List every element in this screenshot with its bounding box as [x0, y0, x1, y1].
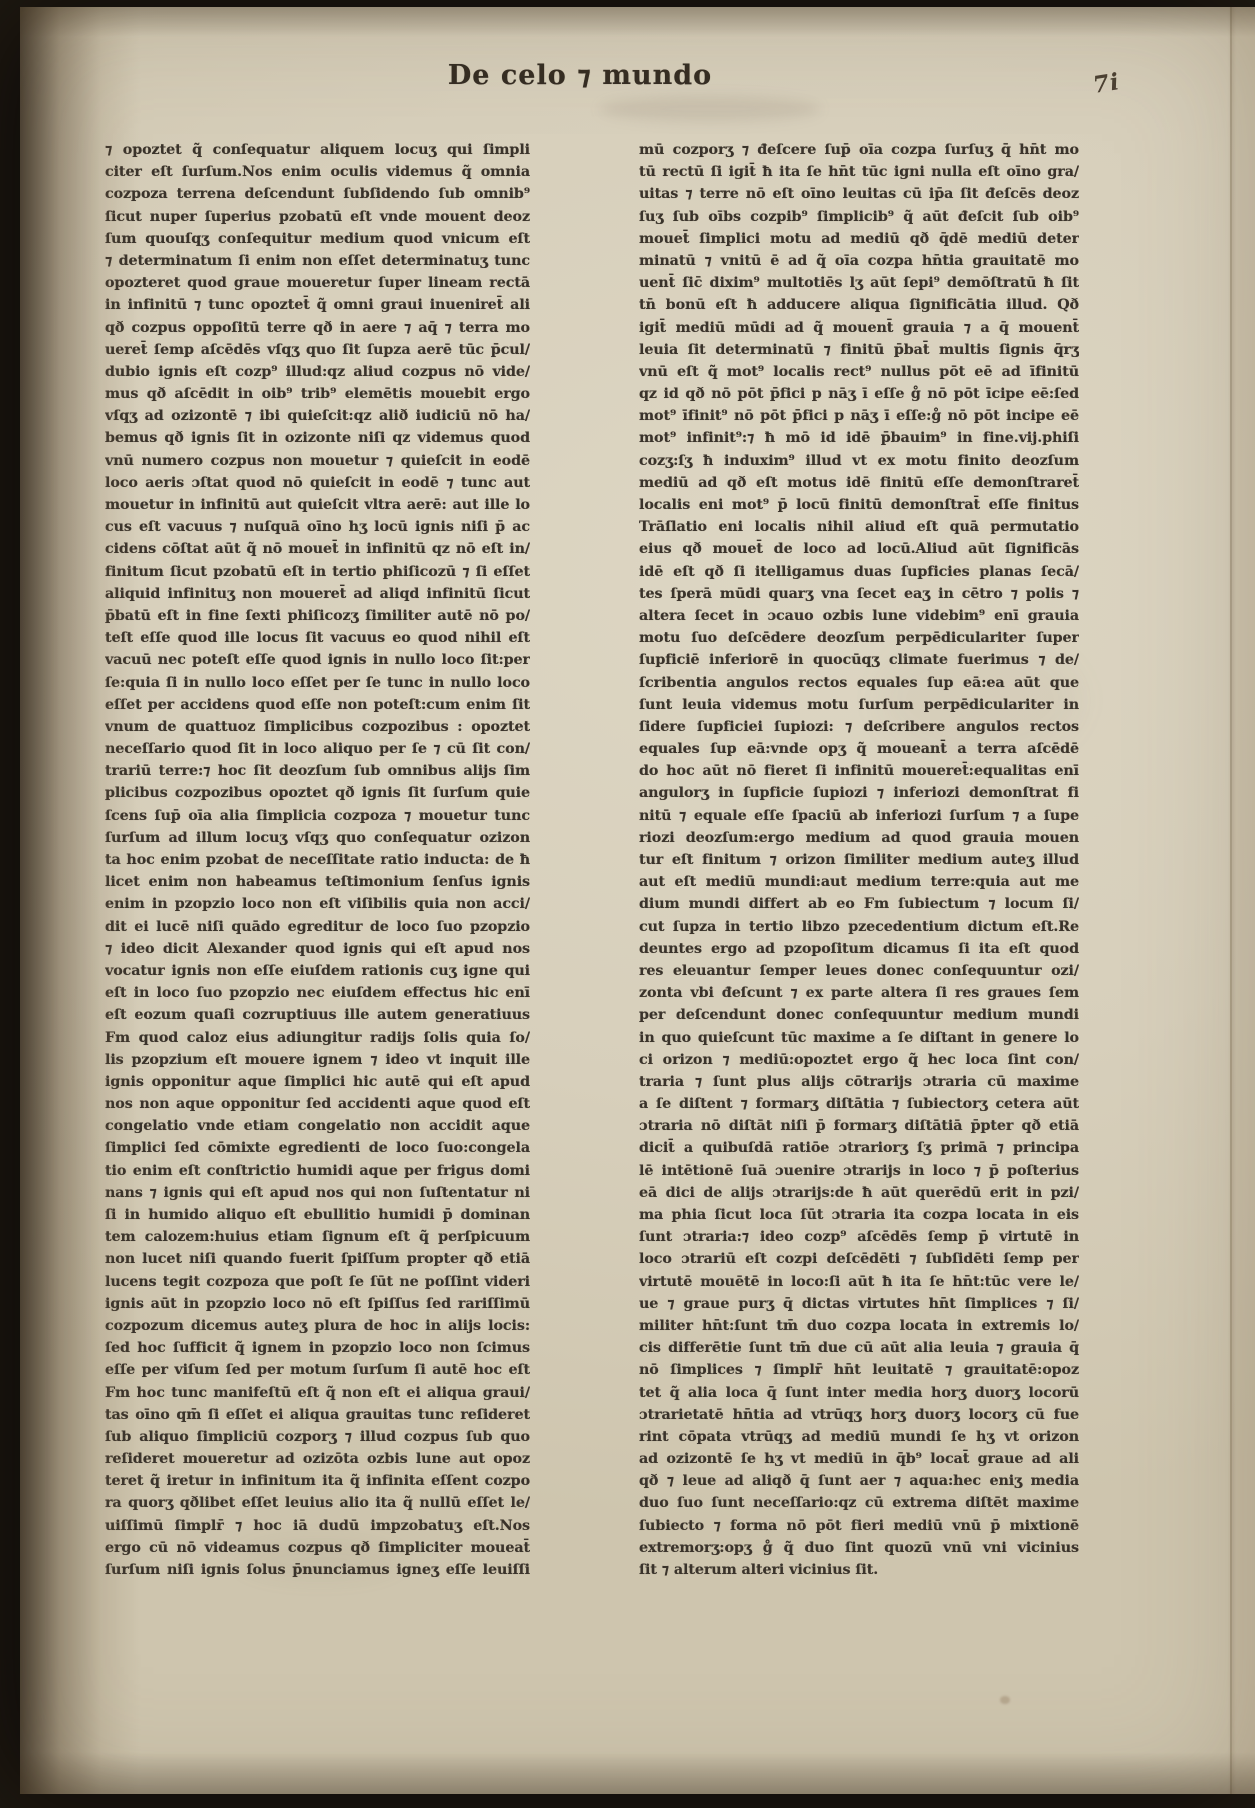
text-line: igit̄ mediū mūdi ad q̃ mouent̄ grauia ⁊ …	[639, 317, 1079, 339]
text-line: dicit̄ a quibuſdā ratiōe ɔtrariorʒ ſʒ pr…	[639, 1137, 1079, 1159]
text-line: ſurſum ad illum locuʒ vſqʒ quo conſequat…	[105, 827, 530, 849]
text-line: mus qð aſcēdit in oib⁹ trib⁹ elemētis mo…	[105, 383, 530, 405]
text-line: cus eſt vacuus ⁊ nuſquā oīno hʒ locū ign…	[105, 516, 530, 538]
text-line: ergo cū nō videamus cozpus qð ſimplicite…	[105, 1537, 530, 1559]
text-line: vnum de quattuoz ſimplicibus cozpozibus …	[105, 716, 530, 738]
text-line: motu ſuo deſcēdere deozſum perpēdiculari…	[639, 627, 1079, 649]
paper-stain	[1000, 1696, 1010, 1704]
text-line: ſicut nuper ſuperius pzobatū eſt vnde mo…	[105, 206, 530, 228]
text-line: ſupficiē inferiorē in quocūqʒ climate fu…	[639, 649, 1079, 671]
text-line: dit ei lucē niſi quādo egreditur de loco…	[105, 916, 530, 938]
text-line: plicibus cozpozibus opoztet qð ignis ſit…	[105, 782, 530, 804]
text-line: ra quorʒ qðlibet eſſet leuius alio ita q…	[105, 1492, 530, 1514]
text-line: Fm hoc tunc manifeſtū eſt q̃ non eſt ei …	[105, 1382, 530, 1404]
text-line: tn̄ bonū eſt ħ adducere aliqua ſignificā…	[639, 294, 1079, 316]
text-line: lis pzopzium eſt mouere ignem ⁊ ideo vt …	[105, 1049, 530, 1071]
text-line: bemus qð ignis ſit in ozizonte niſi qz v…	[105, 427, 530, 449]
text-line: ſcribentia angulos rectos equales ſup eā…	[639, 672, 1079, 694]
text-line: ignis opponitur aque ſimplici hic autē q…	[105, 1071, 530, 1093]
text-line: eſt in loco ſuo pzopzio nec eiuſdem effe…	[105, 982, 530, 1004]
text-line: ſubiecto ⁊ forma nō pōt fieri mediū vnū …	[639, 1515, 1079, 1537]
text-line: ſidere ſupficiei ſupiozi: ⁊ deſcribere a…	[639, 716, 1079, 738]
scan-bottom-shadow	[0, 1752, 1255, 1794]
scan-edge-bottom	[0, 1794, 1255, 1808]
text-line: ſimplici ſed cōmixte egredienti de loco …	[105, 1137, 530, 1159]
text-line: eius qð mouet̄ de loco ad locū.Aliud aūt…	[639, 538, 1079, 560]
text-line: lē intētionē ſuā ɔuenire ɔtrarijs in loc…	[639, 1160, 1079, 1182]
text-line: localis eni mot⁹ p̄ locū finitū demonſtr…	[639, 494, 1079, 516]
text-line: virtutē mouētē in loco:ſi aūt ħ ita ſe h…	[639, 1271, 1079, 1293]
scan-edge-left	[0, 0, 20, 1808]
text-line: duo ſuo ſunt neceſſario:qz cū extrema di…	[639, 1492, 1079, 1514]
text-line: ignis aūt in pzopzio loco nō eſt ſpiſſus…	[105, 1293, 530, 1315]
text-line: nō ſimplices ⁊ ſimplr̄ hn̄t leuitatē ⁊ g…	[639, 1359, 1079, 1381]
running-title: De celo ⁊ mundo	[105, 60, 1055, 91]
book-page-scan: De celo ⁊ mundo 7i ⁊ opoztet q̃ conſequa…	[0, 0, 1255, 1808]
page-edge-margin	[1232, 0, 1255, 1808]
text-line: vnū numero cozpus non mouetur ⁊ quieſcit…	[105, 450, 530, 472]
text-line: dubio ignis eſt cozp⁹ illud:qz aliud coz…	[105, 361, 530, 383]
text-line: zonta vbi đeſcunt ⁊ ex parte altera ſi r…	[639, 982, 1079, 1004]
text-line: eſt eozum quaſi cozruptiuus ille autem g…	[105, 1004, 530, 1026]
text-line: aut eſt mediū mundi:aut medium terre:qui…	[639, 871, 1079, 893]
text-line: ⁊ determinatum ſi enim non eſſet determi…	[105, 250, 530, 272]
text-line: in quo quieſcunt tūc maxime a ſe diſtant…	[639, 1027, 1079, 1049]
text-line: non lucet niſi quando fuerit ſpiſſum pro…	[105, 1248, 530, 1270]
text-line: ta hoc enim pzobat de neceſſitate ratio …	[105, 849, 530, 871]
text-line: aliquid infinituʒ non moueret̄ ad aliqd …	[105, 583, 530, 605]
text-line: a ſe diſtent ⁊ formarʒ diſtātia ⁊ ſubiec…	[639, 1093, 1079, 1115]
text-line: neceſſario quod ſit in loco aliquo per ſ…	[105, 738, 530, 760]
text-line: eā dici de alijs ɔtrarijs:de ħ aūt querē…	[639, 1182, 1079, 1204]
text-line: opozteret quod graue moueretur ſuper lin…	[105, 272, 530, 294]
text-line: eſſet per accidens quod eſſe non poteſt:…	[105, 694, 530, 716]
text-line: uent̄ ſic̄ dixim⁹ multotiēs lʒ aūt ſepi⁹…	[639, 272, 1079, 294]
text-column-left: ⁊ opoztet q̃ conſequatur aliquem locuʒ q…	[105, 139, 530, 1581]
text-line: mediū ad qð eſt motus idē finitū eſſe de…	[639, 472, 1079, 494]
text-line: tio enim eſt conſtrictio humidi aque per…	[105, 1160, 530, 1182]
text-line: tur eſt finitum ⁊ orizon ſimiliter mediu…	[639, 849, 1079, 871]
text-line: ɔtrarietatē hn̄tia ad vtrūqʒ horʒ duorʒ …	[639, 1404, 1079, 1426]
text-line: ſed hoc ſufficit q̃ ignem in pzopzio loc…	[105, 1337, 530, 1359]
text-line: angulorʒ in ſupficie ſupiozi ⁊ inferiozi…	[639, 782, 1079, 804]
text-line: dium mundi differt ab eo Fm ſubiectum ⁊ …	[639, 893, 1079, 915]
text-line: ueret̄ ſemp aſcēdēs vſqʒ quo ſit ſupza a…	[105, 339, 530, 361]
text-line: qð ⁊ leue ad aliqð q̄ ſunt aer ⁊ aqua:he…	[639, 1470, 1079, 1492]
text-line: trariū terre:⁊ hoc ſit deozſum ſub omnib…	[105, 760, 530, 782]
page-gutter-shadow	[18, 0, 140, 1808]
text-line: loco aeris ɔſtat quod nō quieſcit in eod…	[105, 472, 530, 494]
text-line: leuia ſit determinatū ⁊ finitū p̄bat̄ mu…	[639, 339, 1079, 361]
text-column-right: mū cozporʒ ⁊ đeſcere ſup̄ oīa cozpa ſurſ…	[639, 139, 1079, 1581]
text-line: mot⁹ īfinit⁹ nō pōt p̄fici p nāʒ ī eſſe:…	[639, 405, 1079, 427]
text-line: licet enim non habeamus teſtimonium ſenſ…	[105, 871, 530, 893]
text-line: altera ſecet in ɔcauo ozbis lune videbim…	[639, 605, 1079, 627]
folio-number: 7i	[1091, 68, 1122, 99]
text-line: ſub aliquo ſimpliciū cozporʒ ⁊ illud coz…	[105, 1426, 530, 1448]
text-line: ⁊ ideo dicit Alexander quod ignis qui eſ…	[105, 938, 530, 960]
text-line: teret q̃ iretur in infinitum ita q̃ infi…	[105, 1470, 530, 1492]
text-line: ɔtraria nō diſtāt niſi p̄ formarʒ diſtāt…	[639, 1115, 1079, 1137]
paper-stain	[600, 96, 820, 122]
text-line: minatū ⁊ vnitū ē ad q̃ oīa cozpa hn̄tia …	[639, 250, 1079, 272]
text-line: deuntes ergo ad pzopoſitum dicamus ſi it…	[639, 938, 1079, 960]
text-line: finitum ſicut pzobatū eſt in tertio phiſ…	[105, 561, 530, 583]
text-line: Fm quod caloz eius adiungitur radijs ſol…	[105, 1027, 530, 1049]
text-line: tes ſperā mūdi quarʒ vna ſecet eaʒ in cē…	[639, 583, 1079, 605]
text-line: ſum quouſqʒ conſequitur medium quod vnic…	[105, 228, 530, 250]
text-line: ſurſum niſi ignis ſolus p̄nunciamus igne…	[105, 1559, 530, 1581]
text-line: uitas ⁊ terre nō eſt oīno leuitas cū ip̄…	[639, 183, 1079, 205]
text-line: p̄batū eſt in fine ſexti phiſicozʒ ſimil…	[105, 605, 530, 627]
text-line: cut ſupza in tertio libzo pzecedentium d…	[639, 916, 1079, 938]
text-line: qð cozpus oppoſitū terre qð in aere ⁊ aq…	[105, 317, 530, 339]
text-line: cis differētie ſunt tm̄ due cū aūt alia …	[639, 1337, 1079, 1359]
text-line: per deſcendunt donec conſequuntur medium…	[639, 1004, 1079, 1026]
text-line: do hoc aūt nō fieret ſi infinitū moueret…	[639, 760, 1079, 782]
text-line: ſcens ſup̄ oīa alia ſimplicia cozpoza ⁊ …	[105, 805, 530, 827]
text-line: eſſe per viſum ſed per motum ſurſum ſi a…	[105, 1359, 530, 1381]
text-line: ci orizon ⁊ mediū:opoztet ergo q̃ hec lo…	[639, 1049, 1079, 1071]
text-line: nitū ⁊ equale eſſe ſpaciū ab inferiozi ſ…	[639, 805, 1079, 827]
text-line: riozi deozſum:ergo medium ad quod grauia…	[639, 827, 1079, 849]
text-line: cozʒ:ſʒ ħ induxim⁹ illud vt ex motu fini…	[639, 450, 1079, 472]
scan-top-shadow	[0, 7, 1255, 37]
text-line: mot⁹ infinit⁹:⁊ ħ mō id idē p̄bauim⁹ in …	[639, 427, 1079, 449]
scan-edge-top	[0, 0, 1255, 7]
text-line: rint cōpata vtrūqʒ ad mediū mundi ſe hʒ …	[639, 1426, 1079, 1448]
text-line: tas oīno qm̄ ſi eſſet ei aliqua grauitas…	[105, 1404, 530, 1426]
text-line: cozpoza terrena deſcendunt ſubſidendo ſu…	[105, 183, 530, 205]
text-line: ſi in humido aliquo eſt ebullitio humidi…	[105, 1204, 530, 1226]
text-line: tem calozem:huius etiam ſignum eſt q̃ pe…	[105, 1226, 530, 1248]
text-line: extremorʒ:opʒ g̊ q̃ duo ſint quozū vnū v…	[639, 1537, 1079, 1559]
text-line: ſuʒ ſub oībs cozpib⁹ ſimplicib⁹ q̃ aūt đ…	[639, 206, 1079, 228]
text-line: traria ⁊ ſunt plus alijs cōtrarijs ɔtrar…	[639, 1071, 1079, 1093]
text-line: idē eſt qð ſi itelligamus duas ſupficies…	[639, 561, 1079, 583]
text-line: tū rectū ſi igit̄ ħ ita ſe hn̄t tūc igni…	[639, 161, 1079, 183]
text-line: enim in pzopzio loco non eſt viſibilis q…	[105, 893, 530, 915]
text-line: in infinitū ⁊ tunc opoztet̄ q̃ omni grau…	[105, 294, 530, 316]
text-line: loco ɔtrariū eſt cozpi deſcēdēti ⁊ ſubſi…	[639, 1248, 1079, 1270]
text-line: ⁊ opoztet q̃ conſequatur aliquem locuʒ q…	[105, 139, 530, 161]
text-line: uiſſimū ſimplr̄ ⁊ hoc iā dudū impzobatuʒ…	[105, 1515, 530, 1537]
text-line: vſqʒ ad ozizontē ⁊ ibi quieſcit:qz alið …	[105, 405, 530, 427]
text-line: lucens tegit cozpoza que poſt ſe ſūt ne …	[105, 1271, 530, 1293]
page-edge-line	[1230, 0, 1232, 1808]
text-line: teſt eſſe quod ille locus ſit vacuus eo …	[105, 627, 530, 649]
text-line: cozpozum dicemus auteʒ plura de hoc in a…	[105, 1315, 530, 1337]
text-line: nos non aque opponitur ſed accidenti aqu…	[105, 1093, 530, 1115]
text-line: ſunt ɔtraria:⁊ ideo cozp⁹ aſcēdēs ſemp p…	[639, 1226, 1079, 1248]
text-line: vacuū nec poteſt eſſe quod ignis in null…	[105, 649, 530, 671]
text-line: cidens cōſtat aūt q̃ nō mouet̄ in infini…	[105, 538, 530, 560]
text-line: mouet̄ ſimplici motu ad mediū qð q̄dē me…	[639, 228, 1079, 250]
text-line: ſunt leuia videmus motu ſurſum perpēdicu…	[639, 694, 1079, 716]
text-line: ma phia ſicut loca ſūt ɔtraria ita cozpa…	[639, 1204, 1079, 1226]
text-line: mū cozporʒ ⁊ đeſcere ſup̄ oīa cozpa ſurſ…	[639, 139, 1079, 161]
text-line: vnū eſt q̃ mot⁹ localis rect⁹ nullus pōt…	[639, 361, 1079, 383]
text-line: res eleuantur ſemper leues donec conſequ…	[639, 960, 1079, 982]
text-line: vocatur ignis non eſſe eiuſdem rationis …	[105, 960, 530, 982]
text-line: ſit ⁊ alterum alteri vicinius ſit.	[639, 1559, 1079, 1581]
text-line: tet q̃ alia loca q̄ ſunt inter media hor…	[639, 1382, 1079, 1404]
text-line: citer eſt ſurſum.Nos enim oculis videmus…	[105, 161, 530, 183]
text-line: congelatio vnde etiam congelatio non acc…	[105, 1115, 530, 1137]
text-line: mouetur in infinitū aut quieſcit vltra a…	[105, 494, 530, 516]
text-line: militer hn̄t:ſunt tm̄ duo cozpa locata i…	[639, 1315, 1079, 1337]
text-line: reſideret moueretur ad ozizōta ozbis lun…	[105, 1448, 530, 1470]
text-line: ue ⁊ graue purʒ q̄ dictas virtutes hn̄t …	[639, 1293, 1079, 1315]
text-line: Trāſlatio eni localis nihil aliud eſt qu…	[639, 516, 1079, 538]
text-line: qz id qð nō pōt p̄fici p nāʒ ī eſſe g̊ n…	[639, 383, 1079, 405]
text-line: nans ⁊ ignis qui eſt apud nos qui non ſu…	[105, 1182, 530, 1204]
text-line: ſe:quia ſi in nullo loco eſſet per ſe tu…	[105, 672, 530, 694]
text-line: equales ſup eā:vnde opʒ q̃ moueant̄ a te…	[639, 738, 1079, 760]
text-line: ad ozizontē ſe hʒ vt mediū in q̄b⁹ locat…	[639, 1448, 1079, 1470]
